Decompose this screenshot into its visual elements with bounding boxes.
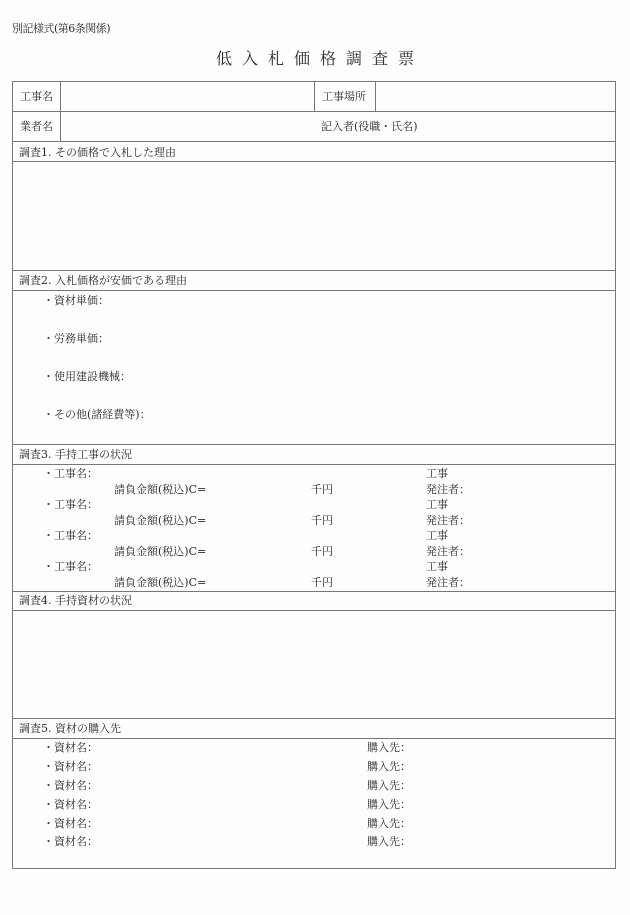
ongoing-work-name-label: ・工事名： <box>43 468 98 479</box>
section3-heading: 調査3. 手持工事の状況 <box>19 449 132 460</box>
divider <box>13 444 615 445</box>
supplier-label: 購入先： <box>367 761 411 772</box>
divider <box>314 82 315 111</box>
divider <box>13 738 615 739</box>
contract-amount-label: 請負金額(税込)C= <box>114 577 206 588</box>
divider <box>375 82 376 111</box>
supplier-label: 購入先： <box>367 780 411 791</box>
ongoing-work-orderer-label: 工事 <box>426 530 448 541</box>
divider <box>13 718 615 719</box>
material-name-label: ・資材名： <box>43 742 98 753</box>
supplier-label: 購入先： <box>367 818 411 829</box>
recorder-label: 記入者(役職・氏名) <box>321 121 418 132</box>
divider <box>60 82 61 141</box>
orderer-label: 発注者： <box>426 515 470 526</box>
section2-heading: 調査2. 入札価格が安価である理由 <box>19 275 187 286</box>
construction-site-field[interactable] <box>379 84 609 110</box>
unit-label: 千円 <box>311 484 333 495</box>
divider <box>13 610 615 611</box>
unit-label: 千円 <box>311 577 333 588</box>
survey-form: 工事名 工事場所 業者名 記入者(役職・氏名) 調査1. その価格で入札した理由… <box>12 81 616 869</box>
contract-amount-label: 請負金額(税込)C= <box>114 546 206 557</box>
contract-amount-label: 請負金額(税込)C= <box>114 484 206 495</box>
contract-amount-label: 請負金額(税込)C= <box>114 515 206 526</box>
supplier-label: 購入先： <box>367 836 411 847</box>
divider <box>13 111 615 112</box>
section1-heading: 調査1. その価格で入札した理由 <box>19 147 176 158</box>
ongoing-work-orderer-label: 工事 <box>426 499 448 510</box>
construction-name-label: 工事名 <box>20 91 53 102</box>
ongoing-work-name-label: ・工事名： <box>43 499 98 510</box>
section4-heading: 調査4. 手持資材の状況 <box>19 595 132 606</box>
divider <box>13 591 615 592</box>
divider <box>13 464 615 465</box>
section5-heading: 調査5. 資材の購入先 <box>19 723 121 734</box>
ongoing-work-orderer-label: 工事 <box>426 561 448 572</box>
ongoing-work-orderer-label: 工事 <box>426 468 448 479</box>
orderer-label: 発注者： <box>426 546 470 557</box>
form-code: 別記様式(第6条関係) <box>12 20 110 36</box>
page-title: 低入札価格調査票 <box>0 46 630 69</box>
section1-answer-area[interactable] <box>15 164 613 268</box>
contractor-name-field[interactable] <box>65 114 310 140</box>
other-expenses-label: ・その他(諸経費等)： <box>43 409 151 420</box>
divider <box>13 290 615 291</box>
supplier-label: 購入先： <box>367 799 411 810</box>
material-name-label: ・資材名： <box>43 799 98 810</box>
divider <box>13 141 615 142</box>
material-name-label: ・資材名： <box>43 780 98 791</box>
construction-name-field[interactable] <box>65 84 310 110</box>
material-name-label: ・資材名： <box>43 836 98 847</box>
material-name-label: ・資材名： <box>43 761 98 772</box>
material-unit-price-label: ・資材単価： <box>43 295 109 306</box>
contractor-name-label: 業者名 <box>20 121 53 132</box>
ongoing-work-name-label: ・工事名： <box>43 530 98 541</box>
section4-answer-area[interactable] <box>15 613 613 716</box>
material-name-label: ・資材名： <box>43 818 98 829</box>
divider <box>13 161 615 162</box>
construction-machinery-label: ・使用建設機械： <box>43 371 131 382</box>
orderer-label: 発注者： <box>426 484 470 495</box>
construction-site-label: 工事場所 <box>322 91 366 102</box>
supplier-label: 購入先： <box>367 742 411 753</box>
unit-label: 千円 <box>311 546 333 557</box>
divider <box>13 270 615 271</box>
unit-label: 千円 <box>311 515 333 526</box>
orderer-label: 発注者： <box>426 577 470 588</box>
ongoing-work-name-label: ・工事名： <box>43 561 98 572</box>
labor-unit-price-label: ・労務単価： <box>43 333 109 344</box>
